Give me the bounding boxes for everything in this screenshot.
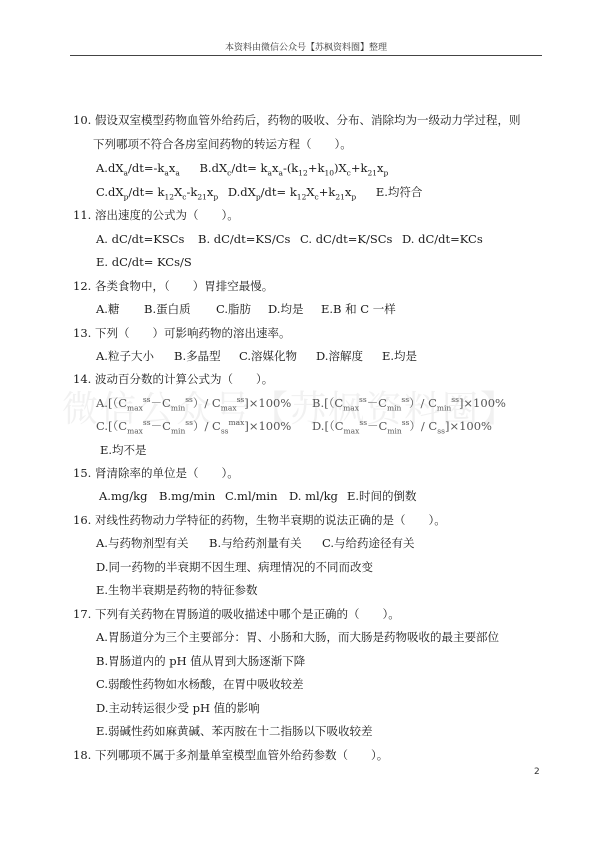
question-14-options-row1: A.[（Cmaxss－Cminss）/ Cmaxss]×100%B.[（Cmax… xyxy=(96,396,506,410)
question-14-stem: 14. 波动百分数的计算公式为（ ）。 xyxy=(73,372,273,386)
option-c: C. dC/dt=K/SCs xyxy=(300,232,402,246)
page-number: 2 xyxy=(534,767,540,777)
question-number: 11. xyxy=(73,208,91,222)
question-text: 波动百分数的计算公式为（ ）。 xyxy=(95,372,273,386)
option-e: E.均是 xyxy=(382,349,417,363)
page-header: 本资料由微信公众号【苏枫资料圈】整理 xyxy=(70,40,542,53)
question-10-options-row1: A.dXa/dt=-kaxa B.dXc/dt= kaxa-(k12+k10)X… xyxy=(96,161,388,175)
question-15-stem: 15. 肾清除率的单位是（ ）。 xyxy=(73,466,239,480)
option-c: C.与给药途径有关 xyxy=(322,536,415,550)
header-divider xyxy=(70,55,542,56)
question-13-options: A.粒子大小B.多晶型C.溶媒化物D.溶解度E.均是 xyxy=(96,349,417,363)
question-17-option-c: C.弱酸性药物如水杨酸，在胃中吸收较差 xyxy=(96,677,304,691)
question-16-options-row1: A.与药物剂型有关B.与给药剂量有关C.与给药途径有关 xyxy=(96,536,415,550)
option-a: A.mg/kg xyxy=(99,489,159,503)
question-14-option-e: E.均不是 xyxy=(100,443,147,457)
question-text: 下列有关药物在胃肠道的吸收描述中哪个是正确的（ ）。 xyxy=(95,607,400,621)
option-b: B.[（Cmaxss－Cminss）/ Cminss]×100% xyxy=(312,396,506,410)
option-c: C.脂肪 xyxy=(216,302,268,316)
question-11-option-e: E. dC/dt= KCs/S xyxy=(96,255,192,269)
question-number: 14. xyxy=(73,372,91,386)
question-text: 下列哪项不属于多剂量单室模型血管外给药参数（ ）。 xyxy=(95,748,388,762)
question-number: 12. xyxy=(73,279,91,293)
question-text: 对线性药物动力学特征的药物，生物半衰期的说法正确的是（ ）。 xyxy=(95,513,446,527)
option-e: E.时间的倒数 xyxy=(347,489,417,503)
question-17-option-e: E.弱碱性药如麻黄碱、苯丙胺在十二指肠以下吸收较差 xyxy=(96,724,373,738)
option-a: A.与药物剂型有关 xyxy=(96,536,209,550)
option-e: E.均符合 xyxy=(376,185,423,199)
question-number: 10. xyxy=(73,113,91,127)
question-16-option-d: D.同一药物的半衰期不因生理、病理情况的不同而改变 xyxy=(96,560,373,574)
question-16-stem: 16. 对线性药物动力学特征的药物，生物半衰期的说法正确的是（ ）。 xyxy=(73,513,446,527)
option-d: D. dC/dt=KCs xyxy=(402,232,483,246)
question-17-option-d: D.主动转运很少受 pH 值的影响 xyxy=(96,701,260,715)
option-c: C.ml/min xyxy=(225,489,289,503)
option-e: E.B 和 C 一样 xyxy=(321,302,396,316)
question-number: 17. xyxy=(73,607,91,621)
question-17-option-b: B.胃肠道内的 pH 值从胃到大肠逐渐下降 xyxy=(96,654,305,668)
question-text: 下列（ ）可影响药物的溶出速率。 xyxy=(95,326,291,340)
question-16-option-e: E.生物半衰期是药物的特征参数 xyxy=(96,583,258,597)
question-number: 16. xyxy=(73,513,91,527)
option-c: C.溶媒化物 xyxy=(239,349,316,363)
question-17-stem: 17. 下列有关药物在胃肠道的吸收描述中哪个是正确的（ ）。 xyxy=(73,607,400,621)
question-text: 各类食物中，（ ）胃排空最慢。 xyxy=(95,279,273,293)
option-a: A.粒子大小 xyxy=(96,349,174,363)
question-text: 肾清除率的单位是（ ）。 xyxy=(95,466,239,480)
option-a: A.糖 xyxy=(96,302,144,316)
option-a: A. dC/dt=KSCs xyxy=(96,232,198,246)
question-12-stem: 12. 各类食物中，（ ）胃排空最慢。 xyxy=(73,279,273,293)
option-b: B.多晶型 xyxy=(174,349,239,363)
option-d: D.[（Cmaxss－Cminss）/ Css]×100% xyxy=(312,419,492,433)
option-d: D.溶解度 xyxy=(316,349,382,363)
question-10-stem: 10. 假设双室模型药物血管外给药后，药物的吸收、分布、消除均为一级动力学过程，… xyxy=(73,113,520,127)
question-number: 15. xyxy=(73,466,91,480)
option-b: B.mg/min xyxy=(159,489,225,503)
question-10-options-row2: C.dXp/dt= k12Xc-k21xp D.dXp/dt= k12Xc+k2… xyxy=(96,185,422,199)
question-13-stem: 13. 下列（ ）可影响药物的溶出速率。 xyxy=(73,326,290,340)
option-a: A.dXa/dt=-kaxa xyxy=(96,161,180,175)
question-14-options-row2: C.[（Cmaxss－Cminss）/ Cssmax]×100%D.[（Cmax… xyxy=(96,419,492,433)
question-12-options: A.糖B.蛋白质C.脂肪D.均是E.B 和 C 一样 xyxy=(96,302,396,316)
option-d: D.均是 xyxy=(268,302,321,316)
option-b: B. dC/dt=KS/Cs xyxy=(198,232,300,246)
question-text: 溶出速度的公式为（ ）。 xyxy=(95,208,239,222)
question-number: 13. xyxy=(73,326,91,340)
question-17-option-a: A.胃肠道分为三个主要部分：胃、小肠和大肠，而大肠是药物吸收的最主要部位 xyxy=(96,630,499,644)
option-c: C.[（Cmaxss－Cminss）/ Cssmax]×100% xyxy=(96,419,312,433)
option-d: D.dXp/dt= k12Xc+k21xp xyxy=(228,185,356,199)
option-b: B.蛋白质 xyxy=(144,302,216,316)
question-text: 假设双室模型药物血管外给药后，药物的吸收、分布、消除均为一级动力学过程，则 xyxy=(95,113,521,127)
option-d: D. ml/kg xyxy=(289,489,347,503)
option-b: B.与给药剂量有关 xyxy=(209,536,322,550)
question-15-options: A.mg/kgB.mg/minC.ml/minD. ml/kgE.时间的倒数 xyxy=(99,489,417,503)
question-number: 18. xyxy=(73,748,91,762)
option-c: C.dXp/dt= k12Xc-k21xp xyxy=(96,185,218,199)
question-18-stem: 18. 下列哪项不属于多剂量单室模型血管外给药参数（ ）。 xyxy=(73,748,388,762)
question-10-stem-cont: 下列哪项不符合各房室间药物的转运方程（ ）。 xyxy=(93,137,352,151)
question-11-stem: 11. 溶出速度的公式为（ ）。 xyxy=(73,208,239,222)
option-b: B.dXc/dt= kaxa-(k12+k10)Xc+k21xp xyxy=(199,161,388,175)
question-11-options-row1: A. dC/dt=KSCsB. dC/dt=KS/CsC. dC/dt=K/SC… xyxy=(96,232,483,246)
option-a: A.[（Cmaxss－Cminss）/ Cmaxss]×100% xyxy=(96,396,312,410)
